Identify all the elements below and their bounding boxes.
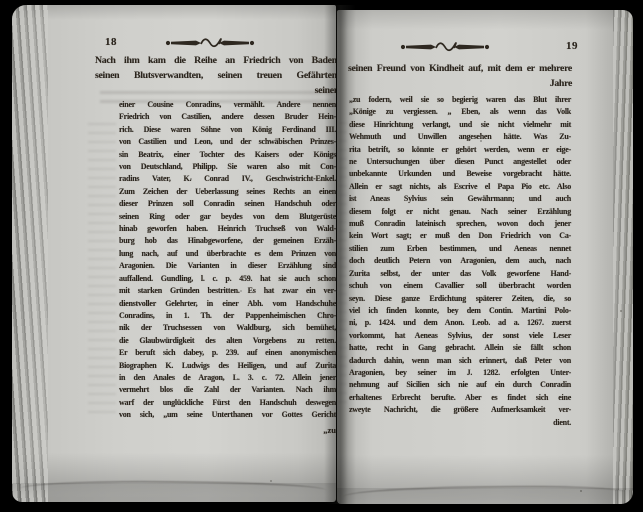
text-line: Wehmuth und Unwillen angesehen hätte. Wa… [349,131,571,143]
text-line: mit starken Gründen bestritten. Es hat z… [119,285,336,297]
text-line: Friedrich von Castilien, andere dessen B… [119,111,336,123]
text-line: dienstvoller Gelehrter, in einer Abh. vo… [119,298,336,310]
text-line: Conradins, in 1. Th. der Pappenheimische… [119,310,336,322]
left-page-catchword: „zu [119,425,336,435]
text-line: muß Conradin lateinisch sprechen, wovon … [349,218,571,230]
text-line: nehmung auf Sicilien sich nie auf ein du… [349,379,571,391]
text-line: nik der Truchsessen von Waldburg, sich b… [119,322,336,334]
text-line: vermehrt blos die Zahl der Varianten. Na… [119,384,336,396]
text-line: doch deutlich Petern von Aragonien, dem … [349,255,571,267]
text-line: einer Cousine Conradins, vermählt. Ander… [119,99,336,111]
text-line: hinab geworfen haben. Heinrich Truchseß … [119,223,336,235]
photo-background: 18 Nach ihm kam die Reihe an Friedrich v… [0,0,643,512]
text-line: erhaltenes Erbrecht berufte. Aber es fin… [349,392,571,404]
text-line: von Castilien und Leon, und der schwäbis… [119,136,336,148]
text-line: seinen Ring oder gar beydes von dem Blut… [119,211,336,223]
text-line: zweyte Nachricht, die größere Aufmerksam… [349,404,571,416]
text-line: dient. [349,417,571,429]
text-line: diesem folgt er nicht genau. Nach seiner… [349,206,571,218]
text-line: sin Beatrix, einer Tochter des Kaisers o… [119,149,336,161]
text-line: Jahre [348,76,572,91]
right-page-edge-stack [613,10,633,504]
header-ornament-icon [164,36,256,54]
text-line: in den Anales de Aragon, L. 3. c. 72. Al… [119,372,336,384]
text-line: rita betrift, so könnte er gehört werden… [349,144,571,156]
text-line: seyn. Diese ganze Erdichtung späterer Ze… [349,293,571,305]
text-line: auffallend. Gundling, l. c. p. 459. hat … [119,273,336,285]
text-line: „Könige zu vergiessen. „ Eben, als wenn … [349,106,571,118]
text-line: Aragonien, bey seiner im J. 1282. erfolg… [349,367,571,379]
text-line: ne Untersuchungen über diesen Punct ange… [349,156,571,168]
right-page: 19 seinen Freund von Kindheit auf, mit d… [337,10,633,504]
text-line: ist Aneas Sylvius sein Gewährmann; und a… [349,193,571,205]
text-line: burg hob das Hinabgeworfene, der gemeine… [119,235,336,247]
text-line: Aragonien. Die Varianten in dieser Erzäh… [119,260,336,272]
text-line: seinen Freund von Kindheit auf, mit dem … [348,61,572,76]
text-line: unbekannte Urkunden und Beweise vorgebra… [349,168,571,180]
left-page-footnote: einer Cousine Conradins, vermählt. Ander… [119,99,336,422]
page-bottom-shading [12,483,336,502]
page-bleed-through [338,120,347,410]
paper-specks [150,60,152,62]
text-line: warf der unglückliche Fürst den Handschu… [119,397,336,409]
header-ornament-icon [399,40,491,58]
right-page-footnote: „zu fodern, weil sie so begierig waren d… [349,94,571,429]
text-line: „zu fodern, weil sie so begierig waren d… [349,94,571,106]
text-line: hatte, recht in Gang gebracht. Allein si… [349,342,571,354]
text-line: vorkommt, hat Aeneas Sylvius, der sonst … [349,330,571,342]
text-line: lung nach, auf und überbrachte es dem Pr… [119,248,336,260]
left-page-edge-stack [12,5,48,502]
text-line: viel ich finden konnte, bey dem Contin. … [349,305,571,317]
page-bleed-through-margin [88,120,116,420]
left-page-number: 18 [105,36,117,48]
text-line: Biographen K. Ludwigs des Heiligen, und … [119,360,336,372]
left-page: 18 Nach ihm kam die Reihe an Friedrich v… [12,5,336,502]
text-line: die Glaubwürdigkeit des alten Vorgebens … [119,335,336,347]
text-line: Nach ihm kam die Reihe an Friedrich von … [95,53,336,68]
text-line: diese Hinrichtung verlangt, und sie nich… [349,119,571,131]
text-line: Er beruft sich dabey, p. 239. auf einen … [119,347,336,359]
text-line: schuh von einem Cavallier soll überbrach… [349,280,571,292]
text-line: stilien zum Erben bestimmen, und Aeneas … [349,243,571,255]
text-line: rich. Diese waren Söhne von König Ferdin… [119,124,336,136]
text-line: Zurita selbst, der unter das Volk geworf… [349,268,571,280]
text-line: dieser Prinzen soll Conradin seinen Hand… [119,198,336,210]
text-line: von Deutschland, Philipp. Sie waren also… [119,161,336,173]
text-line: dadurch dahin, wenn man sich erinnert, d… [349,355,571,367]
right-page-body-text: seinen Freund von Kindheit auf, mit dem … [348,61,572,91]
text-line: radins Vater, K. Conrad IV., Geschwistri… [119,173,336,185]
text-line: Allein er sagt nichts, als Escrive el Pa… [349,181,571,193]
text-line: ni, p. 1424. und dem Anon. Leob. ad a. 1… [349,317,571,329]
text-line: kein Wort sagt; er muß den Don Friedrich… [349,230,571,242]
text-line: seinen [95,83,336,98]
text-line: Zum Zeichen der Ueberlassung seines Rech… [119,186,336,198]
text-line: seinen Blutsverwandten, seinen treuen Ge… [95,68,336,83]
text-line: von sich, „um seine Unterthanen vor Gott… [119,409,336,421]
page-bottom-shading [337,488,633,504]
left-page-body-text: Nach ihm kam die Reihe an Friedrich von … [95,53,336,98]
right-page-number: 19 [552,40,578,52]
